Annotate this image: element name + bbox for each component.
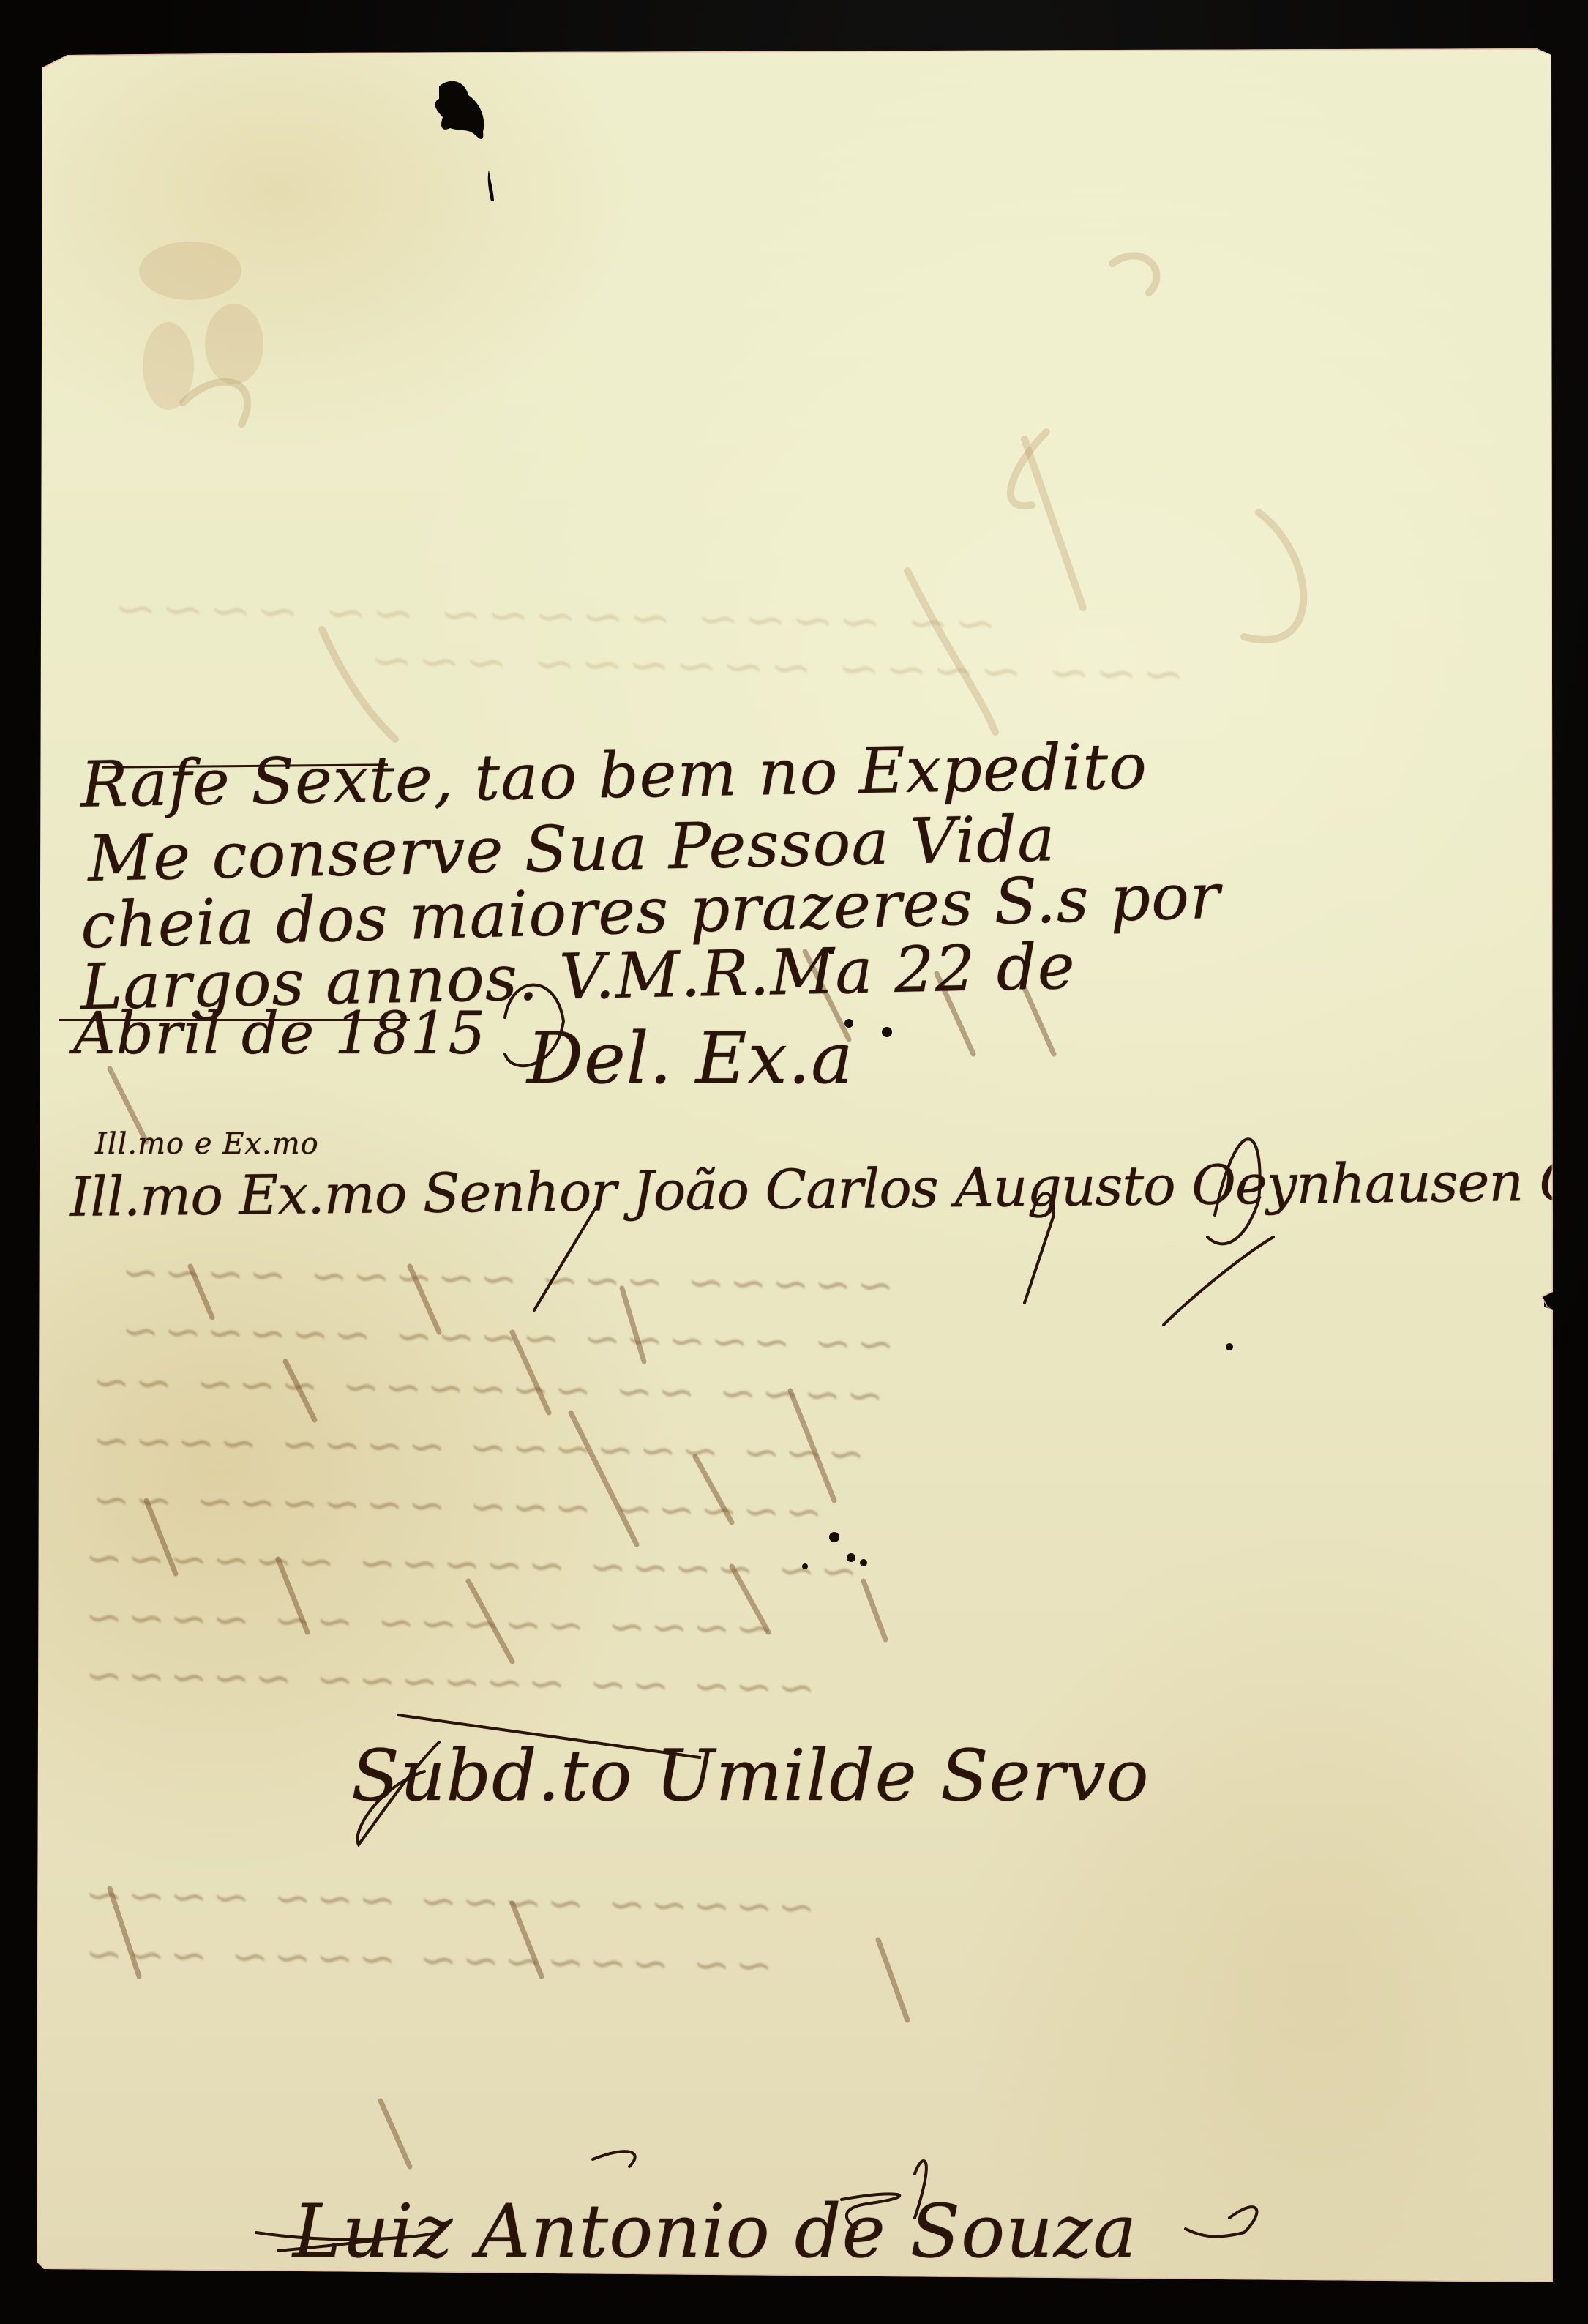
signature-flourishes xyxy=(0,0,1588,2324)
manuscript-page: ~~ ~~~~ ~~~~~ ~~ ~~~~ ~~~ ~~~~ ~~~~~~ ~~… xyxy=(0,0,1588,2324)
